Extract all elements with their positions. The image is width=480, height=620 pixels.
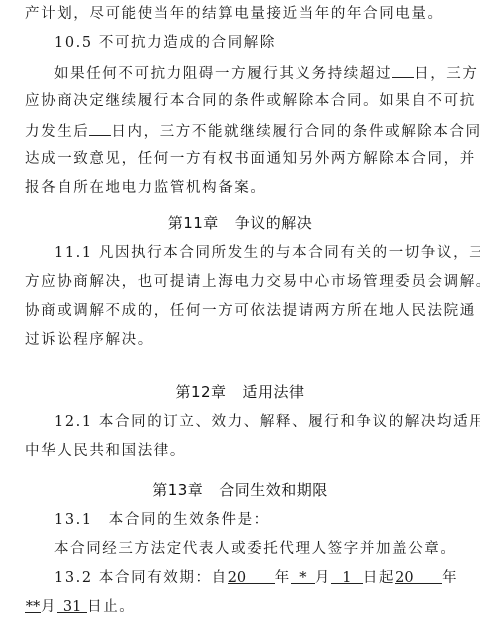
paragraph-line: 中华人民共和国法律。	[25, 441, 186, 461]
text: 月	[315, 570, 331, 586]
end-day-field[interactable]: 31	[57, 597, 87, 613]
end-month-field[interactable]: **	[25, 597, 41, 613]
chapter-number: 第11章	[168, 214, 219, 232]
days-blank-field[interactable]	[392, 62, 414, 78]
paragraph-line: 如果任何不可抗力阻碍一方履行其义务持续超过日，三方	[54, 62, 479, 84]
paragraph-line: 力发生后日内，三方不能就继续履行合同的条件或解除本合同	[25, 120, 480, 142]
chapter-13-heading: 第13章合同生效和期限	[25, 480, 455, 500]
paragraph-line: **月31日止。	[25, 597, 135, 617]
chapter-number: 第13章	[152, 481, 203, 499]
paragraph-line: 协商或调解不成的，任何一方可依法提请两方所在地人民法院通	[25, 301, 476, 321]
clause-13-2-term: 13.2 本合同有效期：自20年*月1日起20年	[54, 568, 458, 588]
clause-heading-10-5: 10.5 不可抗力造成的合同解除	[54, 33, 276, 53]
text: 月	[41, 599, 57, 615]
text: 日内，三方不能就继续履行合同的条件或解除本合同	[111, 124, 480, 140]
paragraph-line: 报各自所在地电力监管机构备案。	[25, 178, 267, 198]
text: 年	[275, 570, 291, 586]
start-day-field[interactable]: 1	[331, 568, 363, 584]
text: 日起	[363, 570, 395, 586]
text: 力发生后	[25, 124, 89, 140]
start-year-field[interactable]: 20	[228, 568, 275, 584]
chapter-11-heading: 第11章争议的解决	[25, 213, 455, 233]
paragraph-line: 达成一致意见，任何一方有权书面通知另外两方解除本合同，并	[25, 149, 476, 169]
text: 13.2 本合同有效期：自	[54, 570, 228, 586]
paragraph-line: 产计划，尽可能使当年的结算电量接近当年的年合同电量。	[25, 4, 444, 24]
end-year-field[interactable]: 20	[395, 568, 442, 584]
clause-13-1: 13.1 本合同的生效条件是：	[54, 510, 270, 530]
paragraph-line: 应协商决定继续履行本合同的条件或解除本合同。如果自不可抗	[25, 91, 476, 111]
paragraph-line: 本合同经三方法定代表人或委托代理人签字并加盖公章。	[54, 539, 457, 559]
chapter-number: 第12章	[175, 383, 226, 401]
paragraph-line: 11.1 凡因执行本合同所发生的与本合同有关的一切争议，三	[54, 243, 480, 263]
start-month-field[interactable]: *	[291, 568, 315, 584]
text: 年	[442, 570, 458, 586]
chapter-title: 适用法律	[243, 383, 305, 401]
text: 日止。	[87, 599, 135, 615]
text: 日，三方	[414, 66, 478, 82]
paragraph-line: 方应协商解决，也可提请上海电力交易中心市场管理委员会调解。	[25, 272, 480, 292]
chapter-12-heading: 第12章适用法律	[25, 382, 455, 402]
chapter-title: 争议的解决	[235, 214, 313, 232]
days-blank-field[interactable]	[89, 120, 111, 136]
chapter-title: 合同生效和期限	[219, 481, 328, 499]
paragraph-line: 12.1 本合同的订立、效力、解释、履行和争议的解决均适用	[54, 412, 480, 432]
paragraph-line: 过诉讼程序解决。	[25, 330, 154, 350]
text: 如果任何不可抗力阻碍一方履行其义务持续超过	[54, 66, 392, 82]
